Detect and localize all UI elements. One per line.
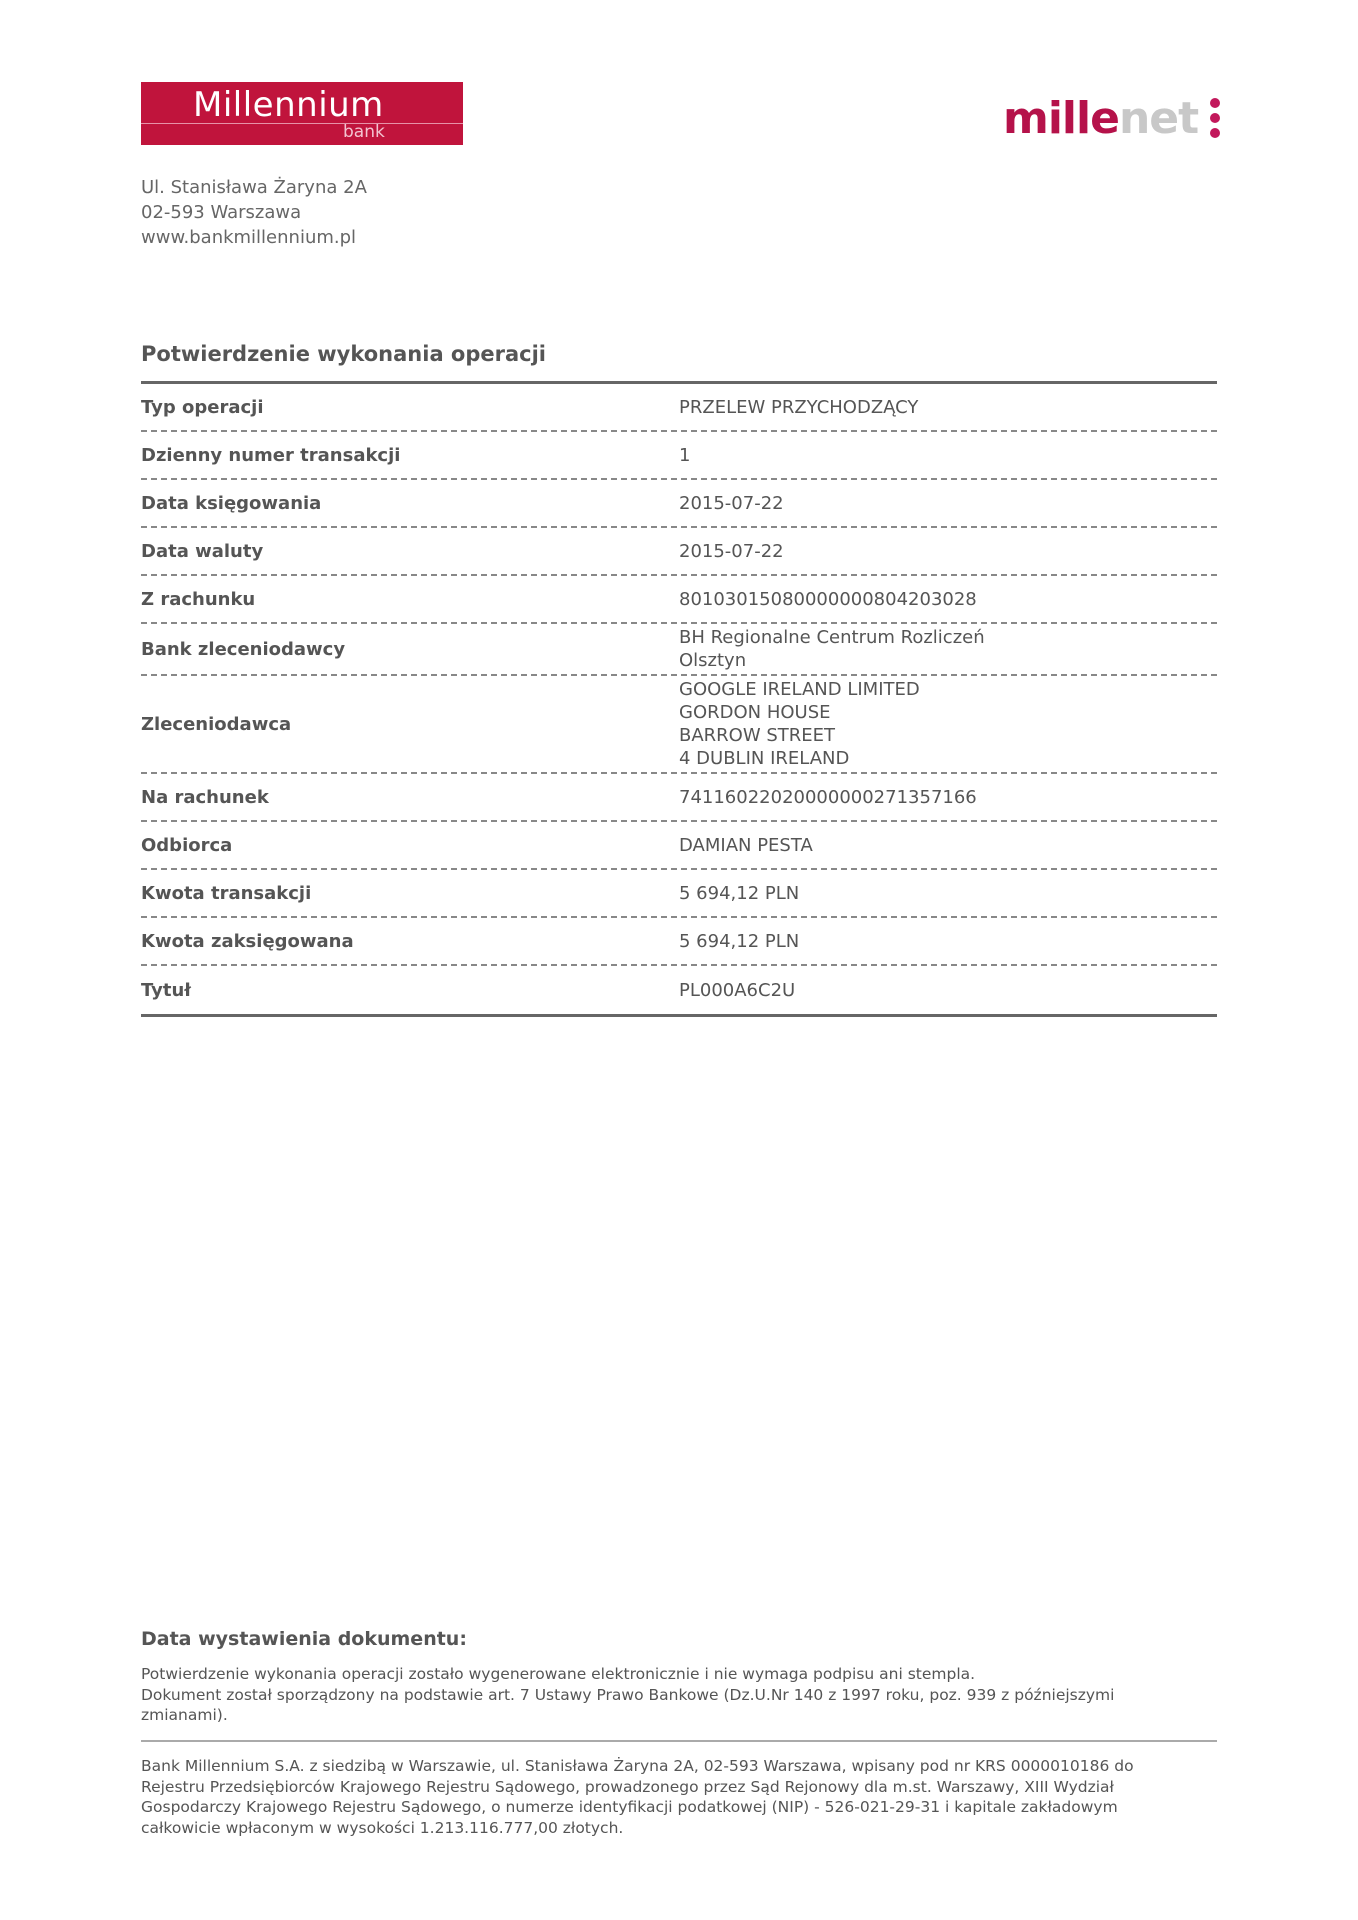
table-row: Z rachunku80103015080000000804203028 bbox=[141, 576, 1217, 624]
table-row: TytułPL000A6C2U bbox=[141, 966, 1217, 1014]
row-label: Kwota transakcji bbox=[141, 874, 679, 913]
legal-line: Gospodarczy Krajowego Rejestru Sądowego,… bbox=[141, 1797, 1217, 1818]
table-row: Data waluty2015-07-22 bbox=[141, 528, 1217, 576]
row-value: PL000A6C2U bbox=[679, 977, 1217, 1004]
row-value-line: 74116022020000000271357166 bbox=[679, 786, 1217, 809]
row-value: 5 694,12 PLN bbox=[679, 880, 1217, 907]
row-value-line: 2015-07-22 bbox=[679, 492, 1217, 515]
table-row: Bank zleceniodawcyBH Regionalne Centrum … bbox=[141, 624, 1217, 676]
row-value-line: 4 DUBLIN IRELAND bbox=[679, 747, 1217, 770]
row-value-line: GORDON HOUSE bbox=[679, 701, 1217, 724]
row-value-line: 5 694,12 PLN bbox=[679, 930, 1217, 953]
address-website: www.bankmillennium.pl bbox=[141, 225, 367, 250]
three-dots-vertical-icon bbox=[1210, 98, 1220, 138]
address-street: Ul. Stanisława Żaryna 2A bbox=[141, 175, 367, 200]
legal-line: Rejestru Przedsiębiorców Krajowego Rejes… bbox=[141, 1777, 1217, 1798]
row-label: Data waluty bbox=[141, 532, 679, 571]
row-label: Data księgowania bbox=[141, 484, 679, 523]
row-value-line: GOOGLE IRELAND LIMITED bbox=[679, 678, 1217, 701]
row-label: Typ operacji bbox=[141, 388, 679, 427]
row-label: Zleceniodawca bbox=[141, 705, 679, 744]
electronic-notice: Potwierdzenie wykonania operacji zostało… bbox=[141, 1664, 1217, 1726]
row-value: GOOGLE IRELAND LIMITEDGORDON HOUSEBARROW… bbox=[679, 676, 1217, 772]
legal-information: Bank Millennium S.A. z siedzibą w Warsza… bbox=[141, 1756, 1217, 1838]
row-value: 5 694,12 PLN bbox=[679, 928, 1217, 955]
millenet-logo-part2: net bbox=[1119, 93, 1198, 144]
address-city: 02-593 Warszawa bbox=[141, 200, 367, 225]
row-value-line: 80103015080000000804203028 bbox=[679, 588, 1217, 611]
row-value: DAMIAN PESTA bbox=[679, 832, 1217, 859]
row-value: 80103015080000000804203028 bbox=[679, 586, 1217, 613]
row-value-line: PRZELEW PRZYCHODZĄCY bbox=[679, 396, 1217, 419]
document-title: Potwierdzenie wykonania operacji bbox=[141, 342, 546, 366]
row-value-line: 1 bbox=[679, 444, 1217, 467]
row-value: 1 bbox=[679, 442, 1217, 469]
millennium-bank-logo: Millennium bank bbox=[141, 82, 463, 145]
table-row: OdbiorcaDAMIAN PESTA bbox=[141, 822, 1217, 870]
table-row: Kwota transakcji5 694,12 PLN bbox=[141, 870, 1217, 918]
row-label: Na rachunek bbox=[141, 778, 679, 817]
millenet-logo: mille net bbox=[1003, 92, 1220, 144]
row-value: BH Regionalne Centrum RozliczeńOlsztyn bbox=[679, 624, 1217, 674]
notice-line: Dokument został sporządzony na podstawie… bbox=[141, 1685, 1217, 1706]
legal-line: całkowicie wpłaconym w wysokości 1.213.1… bbox=[141, 1818, 1217, 1839]
logo-sub-text: bank bbox=[343, 122, 385, 142]
row-label: Tytuł bbox=[141, 971, 679, 1010]
row-value-line: PL000A6C2U bbox=[679, 979, 1217, 1002]
row-value-line: 2015-07-22 bbox=[679, 540, 1217, 563]
table-row: Dzienny numer transakcji1 bbox=[141, 432, 1217, 480]
table-row: Kwota zaksięgowana5 694,12 PLN bbox=[141, 918, 1217, 966]
logo-divider bbox=[141, 123, 463, 124]
row-value: PRZELEW PRZYCHODZĄCY bbox=[679, 394, 1217, 421]
document-page: Millennium bank mille net Ul. Stanisława… bbox=[0, 0, 1358, 1920]
issue-date-label: Data wystawienia dokumentu: bbox=[141, 1628, 467, 1650]
row-value: 74116022020000000271357166 bbox=[679, 784, 1217, 811]
row-label: Dzienny numer transakcji bbox=[141, 436, 679, 475]
notice-line: zmianami). bbox=[141, 1705, 1217, 1726]
table-row: Typ operacjiPRZELEW PRZYCHODZĄCY bbox=[141, 384, 1217, 432]
row-value-line: 5 694,12 PLN bbox=[679, 882, 1217, 905]
row-value-line: DAMIAN PESTA bbox=[679, 834, 1217, 857]
row-value-line: BH Regionalne Centrum Rozliczeń bbox=[679, 626, 1217, 649]
table-row: Na rachunek74116022020000000271357166 bbox=[141, 774, 1217, 822]
bank-address: Ul. Stanisława Żaryna 2A 02-593 Warszawa… bbox=[141, 175, 367, 250]
footer-divider bbox=[141, 1740, 1217, 1742]
row-label: Odbiorca bbox=[141, 826, 679, 865]
row-label: Kwota zaksięgowana bbox=[141, 922, 679, 961]
operation-details-table: Typ operacjiPRZELEW PRZYCHODZĄCYDzienny … bbox=[141, 381, 1217, 1017]
row-value-line: Olsztyn bbox=[679, 649, 1217, 672]
table-row: Data księgowania2015-07-22 bbox=[141, 480, 1217, 528]
logo-brand-text: Millennium bbox=[193, 88, 384, 122]
row-value: 2015-07-22 bbox=[679, 490, 1217, 517]
row-value: 2015-07-22 bbox=[679, 538, 1217, 565]
table-row: ZleceniodawcaGOOGLE IRELAND LIMITEDGORDO… bbox=[141, 676, 1217, 774]
notice-line: Potwierdzenie wykonania operacji zostało… bbox=[141, 1664, 1217, 1685]
legal-line: Bank Millennium S.A. z siedzibą w Warsza… bbox=[141, 1756, 1217, 1777]
row-label: Z rachunku bbox=[141, 580, 679, 619]
row-label: Bank zleceniodawcy bbox=[141, 630, 679, 669]
row-value-line: BARROW STREET bbox=[679, 724, 1217, 747]
millenet-logo-part1: mille bbox=[1003, 93, 1119, 144]
